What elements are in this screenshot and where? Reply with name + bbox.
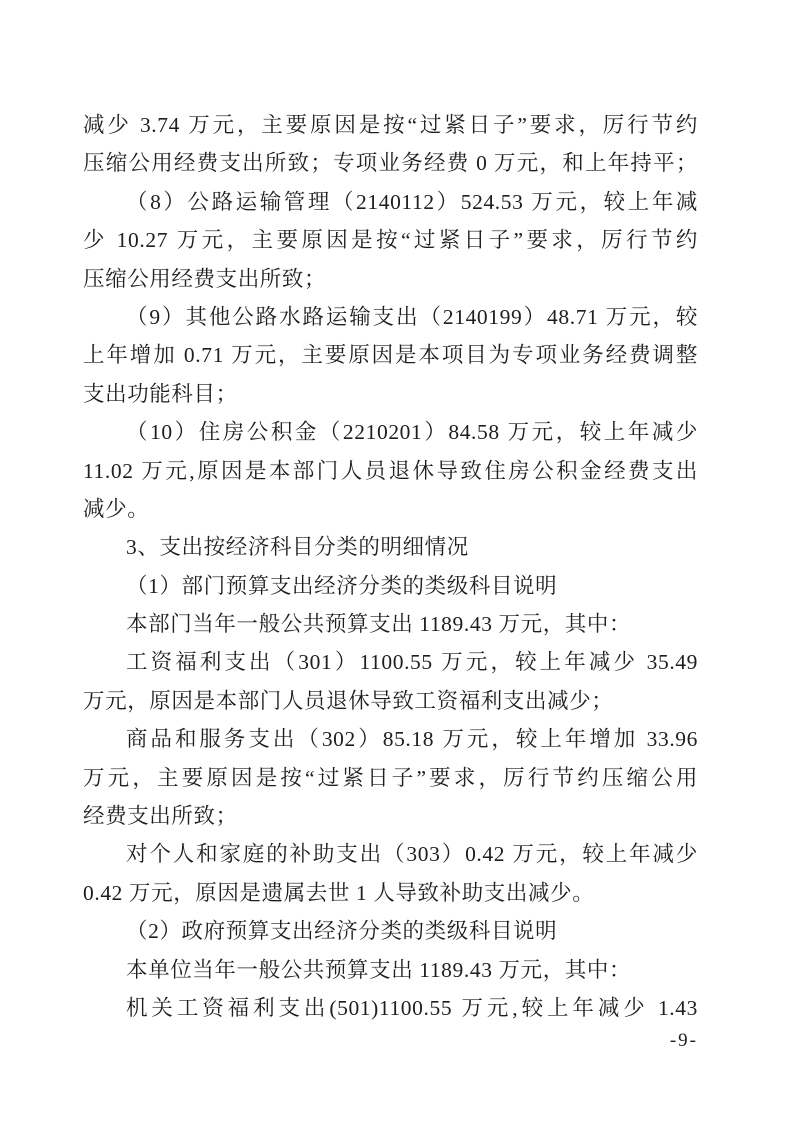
- text-line: 工资福利支出（301）1100.55 万元，较上年减少 35.49: [83, 643, 698, 681]
- text-line: 机关工资福利支出(501)1100.55 万元,较上年减少 1.43: [83, 989, 698, 1027]
- text-line: 压缩公用经费支出所致；专项业务经费 0 万元，和上年持平；: [83, 144, 698, 182]
- text-line: （2）政府预算支出经济分类的类级科目说明: [83, 912, 698, 950]
- text-line: 本单位当年一般公共预算支出 1189.43 万元，其中：: [83, 951, 698, 989]
- text-line: 3、支出按经济科目分类的明细情况: [83, 528, 698, 566]
- page-number: -9-: [670, 1028, 698, 1054]
- text-line: 对个人和家庭的补助支出（303）0.42 万元，较上年减少: [83, 835, 698, 873]
- text-line: 本部门当年一般公共预算支出 1189.43 万元，其中：: [83, 605, 698, 643]
- text-line: 商品和服务支出（302）85.18 万元，较上年增加 33.96: [83, 720, 698, 758]
- text-line: 0.42 万元，原因是遗属去世 1 人导致补助支出减少。: [83, 874, 698, 912]
- document-page: 减少 3.74 万元，主要原因是按“过紧日子”要求，厉行节约压缩公用经费支出所致…: [0, 0, 793, 1122]
- text-line: 万元，原因是本部门人员退休导致工资福利支出减少；: [83, 682, 698, 720]
- text-line: 减少。: [83, 490, 698, 528]
- text-line: 压缩公用经费支出所致；: [83, 260, 698, 298]
- text-line: 减少 3.74 万元，主要原因是按“过紧日子”要求，厉行节约: [83, 106, 698, 144]
- document-body: 减少 3.74 万元，主要原因是按“过紧日子”要求，厉行节约压缩公用经费支出所致…: [83, 106, 698, 1027]
- text-line: 支出功能科目；: [83, 375, 698, 413]
- text-line: 经费支出所致；: [83, 797, 698, 835]
- text-line: 11.02 万元,原因是本部门人员退休导致住房公积金经费支出: [83, 452, 698, 490]
- text-line: 少 10.27 万元，主要原因是按“过紧日子”要求，厉行节约: [83, 221, 698, 259]
- text-line: 万元，主要原因是按“过紧日子”要求，厉行节约压缩公用: [83, 759, 698, 797]
- text-line: （10）住房公积金（2210201）84.58 万元，较上年减少: [83, 413, 698, 451]
- text-line: （1）部门预算支出经济分类的类级科目说明: [83, 567, 698, 605]
- text-line: （8）公路运输管理（2140112）524.53 万元，较上年减: [83, 183, 698, 221]
- text-line: （9）其他公路水路运输支出（2140199）48.71 万元，较: [83, 298, 698, 336]
- text-line: 上年增加 0.71 万元，主要原因是本项目为专项业务经费调整: [83, 336, 698, 374]
